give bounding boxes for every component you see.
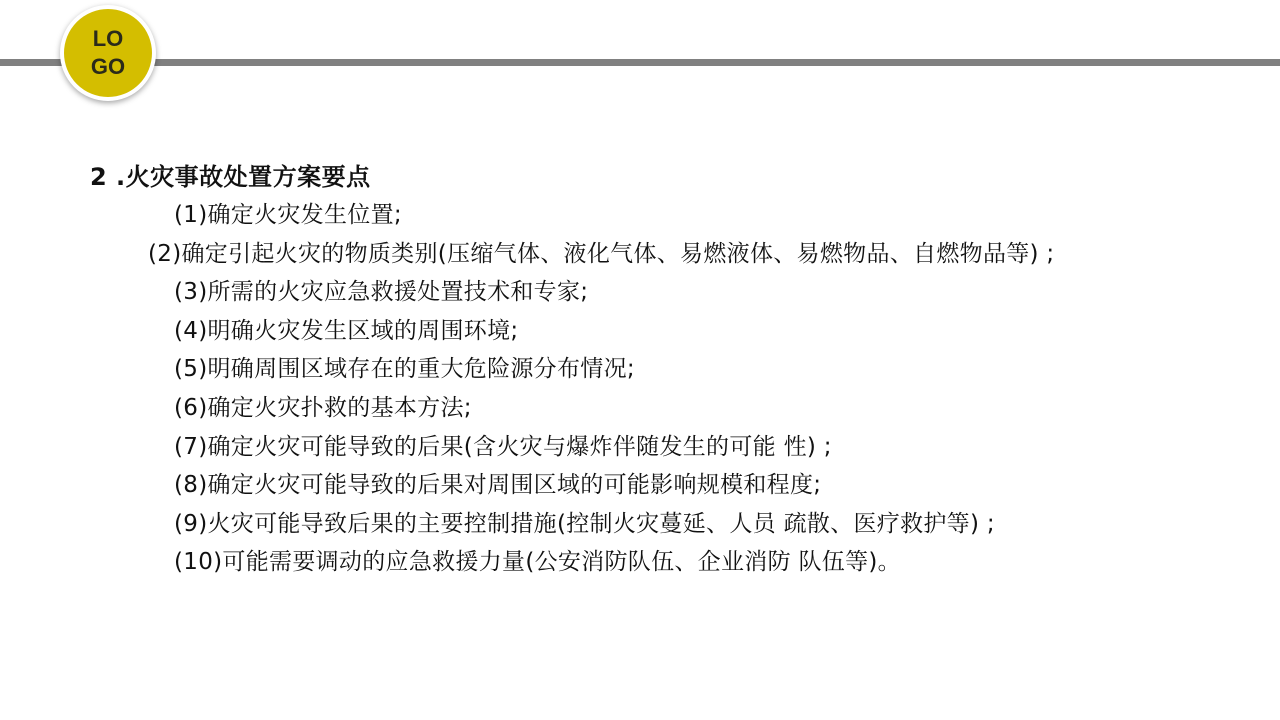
header-divider-line bbox=[0, 59, 1280, 66]
logo-badge: LOGO bbox=[60, 5, 156, 101]
list-item: (9)火灾可能导致后果的主要控制措施(控制火灾蔓延、人员 疏散、医疗救护等) ; bbox=[90, 505, 1120, 544]
list-item: (5)明确周围区域存在的重大危险源分布情况; bbox=[90, 350, 1120, 389]
list-item: (4)明确火灾发生区域的周围环境; bbox=[90, 312, 1120, 351]
list-item: (6)确定火灾扑救的基本方法; bbox=[90, 389, 1120, 428]
slide-content: 2 .火灾事故处置方案要点 (1)确定火灾发生位置; (2)确定引起火灾的物质类… bbox=[90, 158, 1120, 582]
logo-text: LOGO bbox=[88, 25, 128, 81]
list-item: (10)可能需要调动的应急救援力量(公安消防队伍、企业消防 队伍等)。 bbox=[90, 543, 1120, 582]
list-item: (3)所需的火灾应急救援处置技术和专家; bbox=[90, 273, 1120, 312]
section-heading: 2 .火灾事故处置方案要点 bbox=[90, 158, 1120, 196]
list-item: (2)确定引起火灾的物质类别(压缩气体、液化气体、易燃液体、易燃物品、自燃物品等… bbox=[90, 235, 1120, 274]
list-item: (1)确定火灾发生位置; bbox=[90, 196, 1120, 235]
list-item: (8)确定火灾可能导致的后果对周围区域的可能影响规模和程度; bbox=[90, 466, 1120, 505]
list-item: (7)确定火灾可能导致的后果(含火灾与爆炸伴随发生的可能 性) ; bbox=[90, 428, 1120, 467]
